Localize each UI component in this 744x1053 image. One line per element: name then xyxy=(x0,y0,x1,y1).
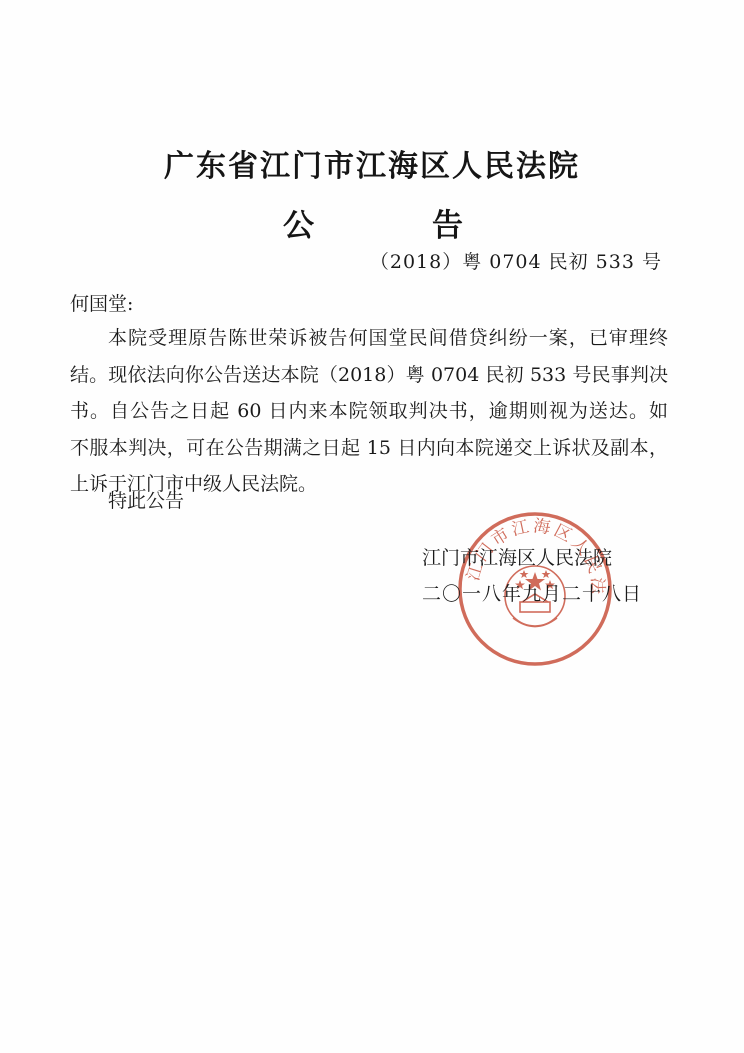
notice-title-char-1: 公 xyxy=(283,200,314,245)
notice-body: 本院受理原告陈世荣诉被告何国堂民间借贷纠纷一案，已审理终 结。现依法向你公告送达… xyxy=(70,320,668,503)
notice-page: 广东省江门市江海区人民法院 公 告 （2018）粤 0704 民初 533 号 … xyxy=(0,0,744,1053)
court-title: 广东省江门市江海区人民法院 xyxy=(0,141,744,185)
body-line: 书。自公告之日起 60 日内来本院领取判决书，逾期则视为送达。如 xyxy=(70,393,668,430)
body-line: 不服本判决，可在公告期满之日起 15 日内向本院递交上诉状及副本， xyxy=(70,430,668,467)
body-line: 本院受理原告陈世荣诉被告何国堂民间借贷纠纷一案，已审理终 xyxy=(70,320,668,357)
signature-court-name: 江门市江海区人民法院 xyxy=(422,540,642,576)
case-number: （2018）粤 0704 民初 533 号 xyxy=(370,247,662,274)
notice-title-char-2: 告 xyxy=(432,200,463,245)
body-line: 结。现依法向你公告送达本院（2018）粤 0704 民初 533 号民事判决 xyxy=(70,357,668,394)
signature-block: 江门市江海区人民法院 二〇一八年九月二十八日 xyxy=(422,540,642,612)
notice-title: 公 告 xyxy=(283,200,463,245)
closing-statement: 特此公告 xyxy=(108,486,184,513)
signature-date: 二〇一八年九月二十八日 xyxy=(422,576,642,612)
addressee: 何国堂: xyxy=(70,289,133,316)
